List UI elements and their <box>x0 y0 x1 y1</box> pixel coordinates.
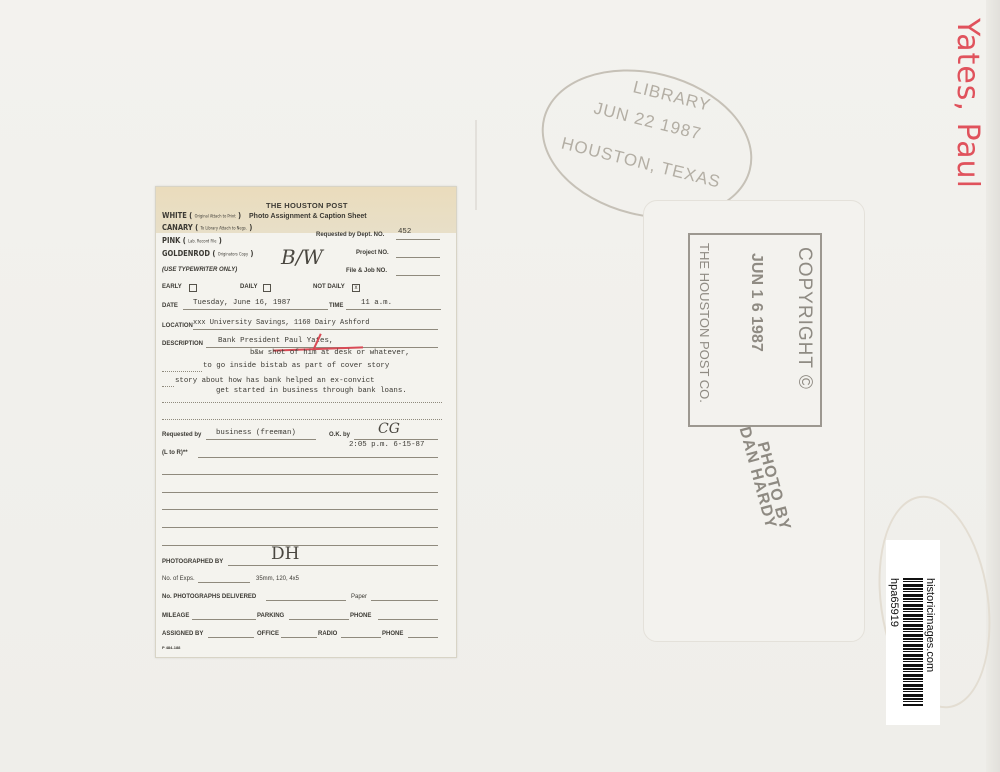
photographed-by-value: DH <box>271 544 299 564</box>
barcode-id: hpa65919 <box>888 578 900 627</box>
form-number: P 484-188 <box>162 645 180 650</box>
exposures-label: No. of Exps. <box>162 576 195 582</box>
date-value: Tuesday, June 16, 1987 <box>193 299 291 307</box>
handwritten-bw: B/W <box>281 245 323 269</box>
assigned-by-label: ASSIGNED BY <box>162 631 203 637</box>
time-label: TIME <box>329 303 343 309</box>
ok-by-label: O.K. by <box>329 432 350 438</box>
copy-white: WHITE ( Original Attach to Print ) <box>162 211 241 220</box>
early-label: EARLY <box>162 284 182 290</box>
copyright-owner: THE HOUSTON POST CO. <box>697 243 712 403</box>
form-title: Photo Assignment & Caption Sheet <box>249 213 367 220</box>
parking-label: PARKING <box>257 613 284 619</box>
description-line-3: to go inside bistab as part of cover sto… <box>203 362 389 370</box>
film-formats: 35mm, 120, 4x5 <box>256 576 299 582</box>
paper-label: Paper <box>351 594 367 600</box>
mileage-label: MILEAGE <box>162 613 189 619</box>
paper-crease <box>475 120 477 210</box>
dept-label: Requested by Dept. NO. <box>316 232 384 238</box>
l-to-r-label: (L to R)** <box>162 450 188 456</box>
copy-canary: CANARY ( To Library Attach to Negs. ) <box>162 223 252 232</box>
handwritten-name: Yates, Paul <box>950 18 985 189</box>
typewriter-note: (USE TYPEWRITER ONLY) <box>162 267 237 273</box>
copy-goldenrod: GOLDENROD ( Originators Copy ) <box>162 249 254 258</box>
publisher-name: THE HOUSTON POST <box>266 201 348 210</box>
date-label: DATE <box>162 303 178 309</box>
phone-label: PHONE <box>350 613 371 619</box>
daily-label: DAILY <box>240 284 257 290</box>
time-value: 11 a.m. <box>361 299 392 307</box>
photographed-by-label: PHOTOGRAPHED BY <box>162 559 223 565</box>
copyright-title: COPYRIGHT © <box>793 247 815 390</box>
barcode-icon <box>903 578 923 706</box>
description-line-4: story about how has bank helped an ex-co… <box>175 377 375 385</box>
not-daily-checkbox[interactable]: x <box>352 284 360 292</box>
barcode-site: historicimages.com <box>924 578 936 672</box>
not-daily-label: NOT DAILY <box>313 284 345 290</box>
office-label: OFFICE <box>257 631 279 637</box>
copyright-stamp: COPYRIGHT © JUN 1 6 1987 THE HOUSTON POS… <box>688 233 822 427</box>
caption-sheet: THE HOUSTON POST Photo Assignment & Capt… <box>155 186 457 658</box>
photos-delivered-label: No. PHOTOGRAPHS DELIVERED <box>162 594 256 600</box>
daily-checkbox[interactable] <box>263 284 271 292</box>
location-label: LOCATION <box>162 323 193 329</box>
ok-timestamp: 2:05 p.m. 6-15-87 <box>349 441 424 449</box>
requested-by-label: Requested by <box>162 432 201 438</box>
description-line-5: get started in business through bank loa… <box>216 387 407 395</box>
ok-by-initials: CG <box>378 421 400 437</box>
location-value: xxx University Savings, 1160 Dairy Ashfo… <box>193 319 369 327</box>
description-line-2: b&w shot of him at desk or whatever, <box>250 349 410 357</box>
copyright-date: JUN 1 6 1987 <box>747 253 765 352</box>
requested-by-value: business (freeman) <box>216 429 296 437</box>
radio-label: RADIO <box>318 631 337 637</box>
file-job-label: File & Job NO. <box>346 268 387 274</box>
photo-edge <box>986 0 1000 772</box>
phone2-label: PHONE <box>382 631 403 637</box>
project-label: Project NO. <box>356 250 389 256</box>
early-checkbox[interactable] <box>189 284 197 292</box>
dept-value: 452 <box>398 228 411 236</box>
description-label: DESCRIPTION <box>162 341 203 347</box>
copy-pink: PINK ( Lab. Record File ) <box>162 236 222 245</box>
